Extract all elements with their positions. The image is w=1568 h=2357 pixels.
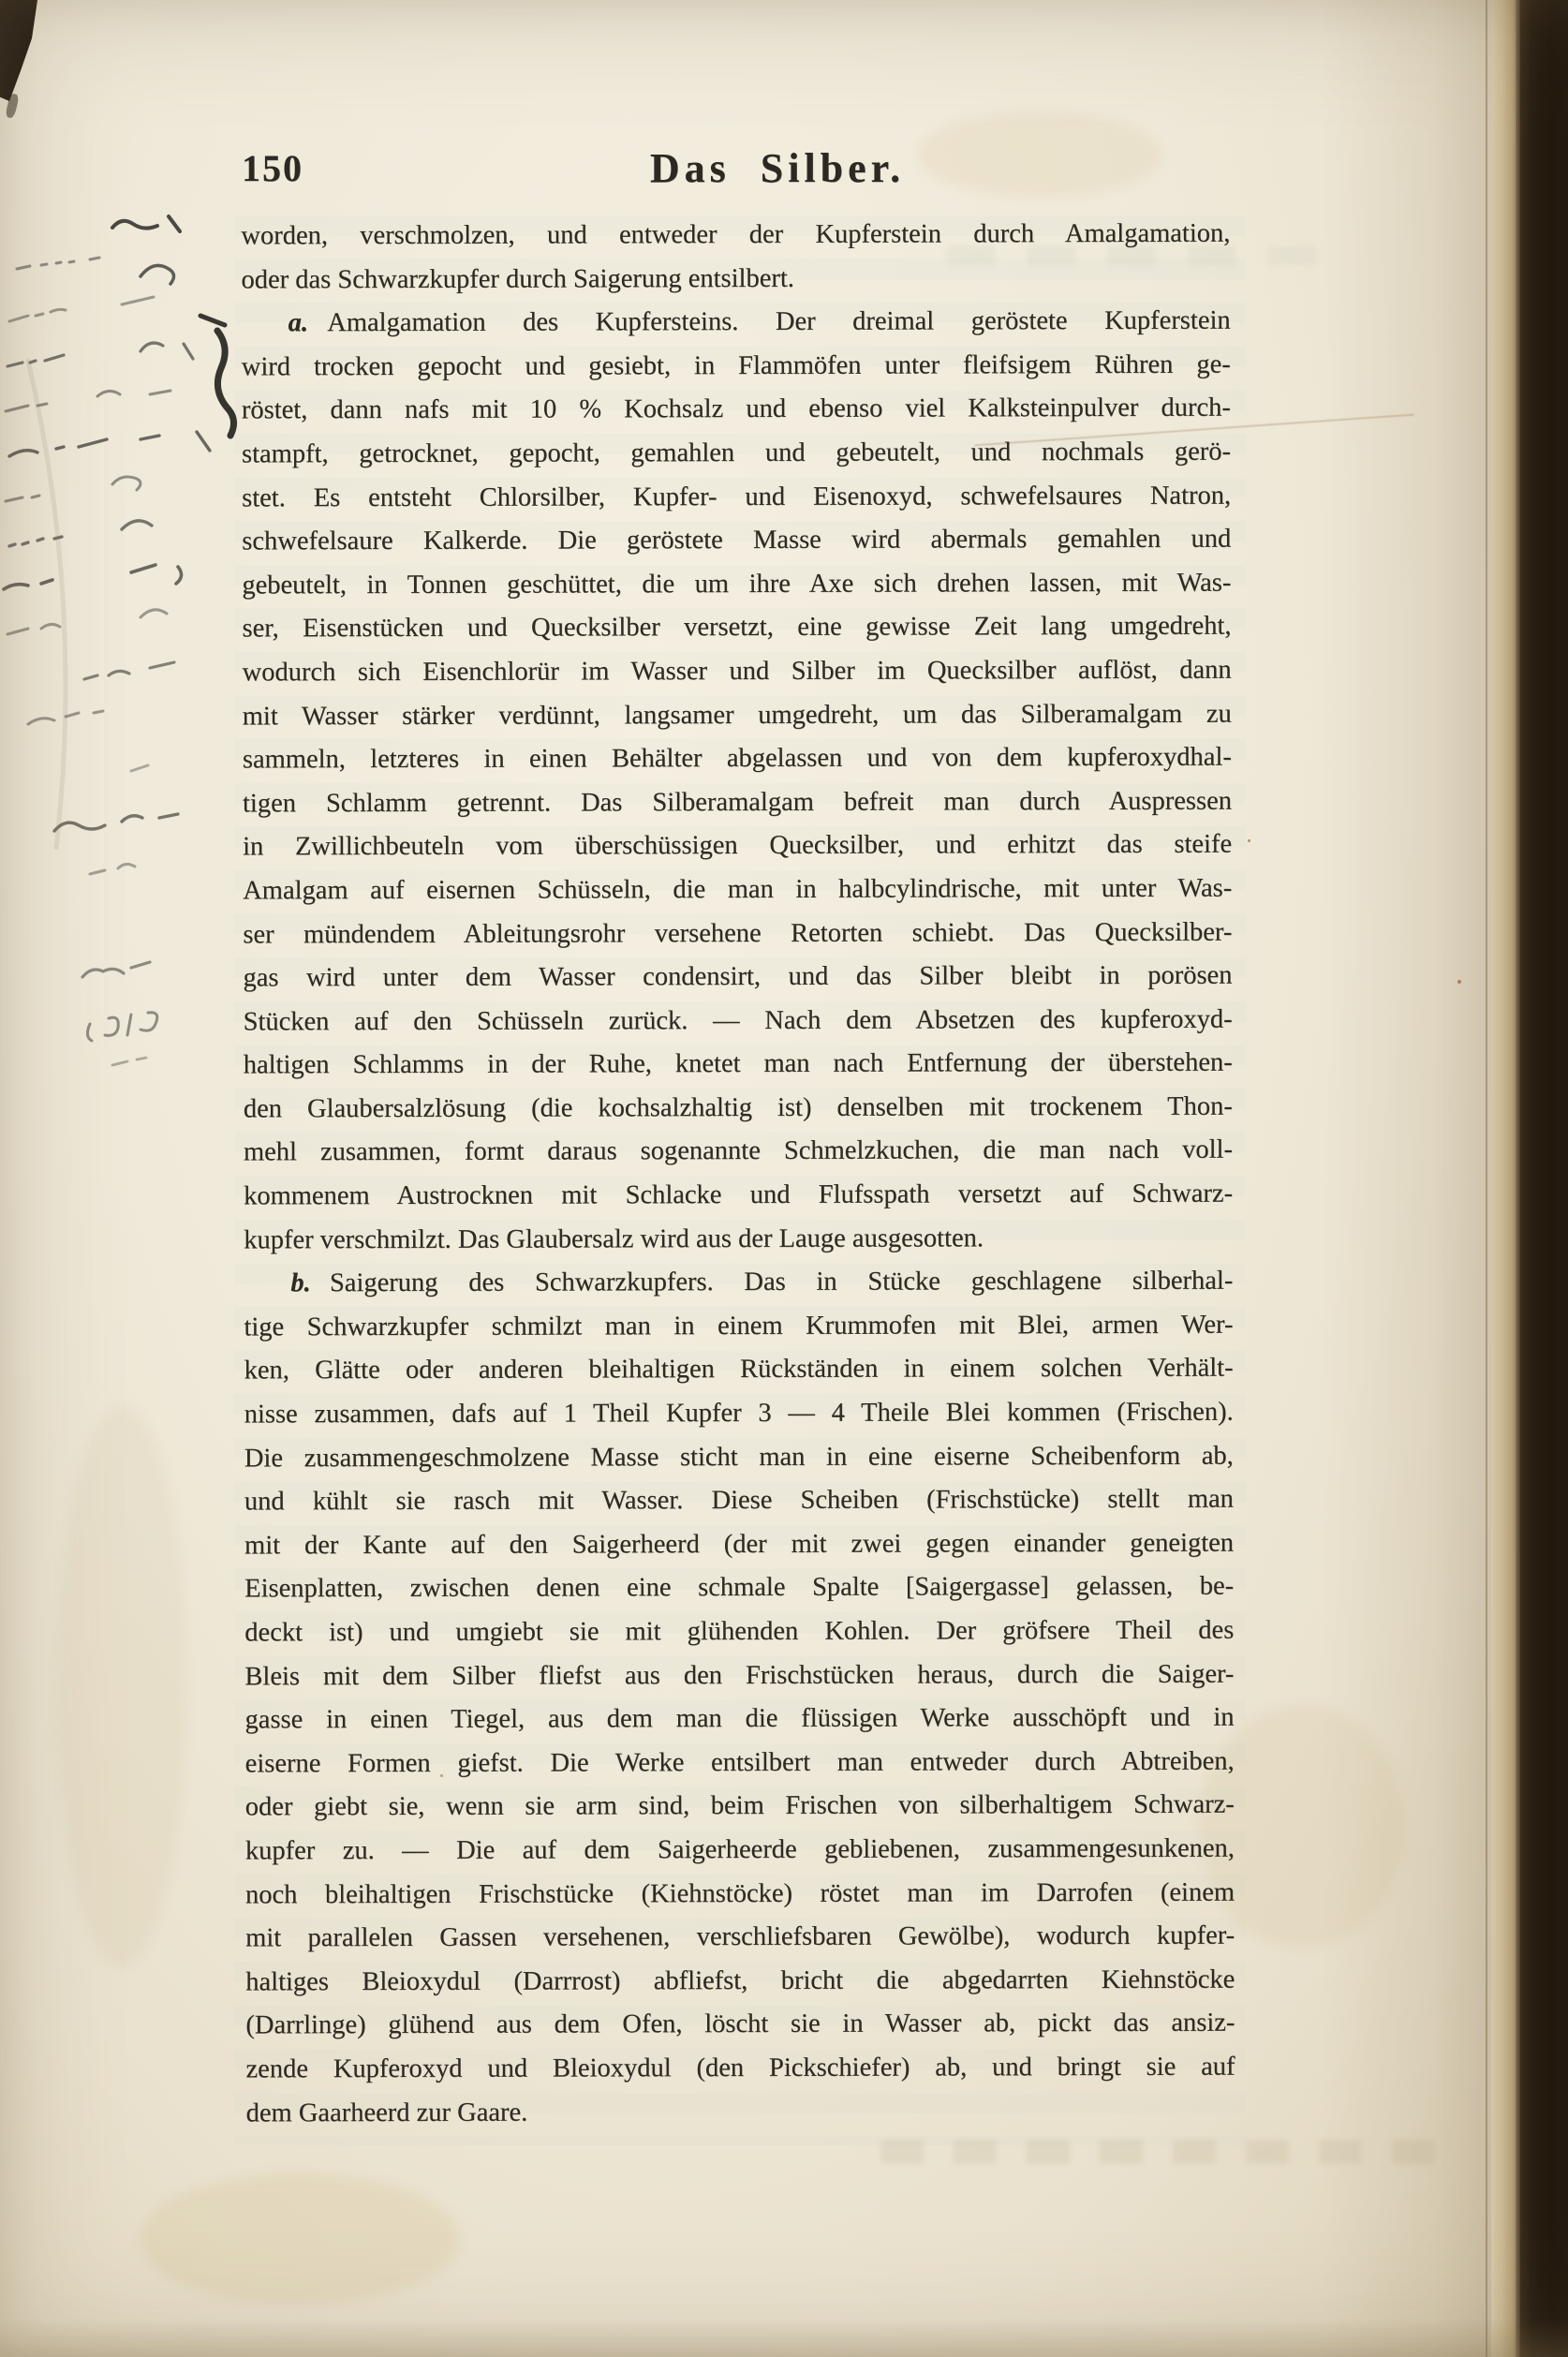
text-line: mit parallelen Gassen versehenen, versch…	[245, 1915, 1235, 1961]
body-text-block: worden, verschmolzen, und entweder der K…	[241, 213, 1235, 2136]
text-line: (Darrlinge) glühend aus dem Ofen, löscht…	[245, 2002, 1235, 2048]
text-line: kommenem Austrocknen mit Schlacke und Fl…	[244, 1173, 1233, 1219]
text-line: kupfer verschmilzt. Das Glaubersalz wird…	[244, 1216, 1233, 1262]
binding-highlight	[1517, 0, 1520, 2357]
page-edge-right	[1491, 0, 1517, 2357]
scanned-book-page: 150 Das Silber. worden, verschmolzen, un…	[0, 0, 1568, 2357]
text-line: ser mündendem Ableitungsrohr versehene R…	[243, 911, 1232, 956]
text-line: b. Saigerung des Schwarzkupfers. Das in …	[244, 1260, 1233, 1306]
text-line: deckt ist) und umgiebt sie mit glühenden…	[244, 1609, 1234, 1655]
section-letter: b.	[290, 1268, 316, 1297]
text-line: wodurch sich Eisenchlorür im Wasser und …	[243, 649, 1232, 695]
text-line: Amalgam auf eisernen Schüsseln, die man …	[243, 867, 1232, 913]
text-line: oder das Schwarzkupfer durch Saigerung e…	[241, 256, 1230, 302]
text-line: Eisenplatten, zwischen denen eine schmal…	[244, 1565, 1234, 1611]
age-spot	[56, 1405, 187, 1967]
text-line: a. Amalgamation des Kupfersteins. Der dr…	[242, 300, 1231, 346]
text-line: gas wird unter dem Wasser condensirt, un…	[243, 955, 1232, 1001]
bottom-edge-shadow	[0, 2320, 1568, 2357]
text-line: ken, Glätte oder anderen bleihaltigen Rü…	[244, 1347, 1233, 1393]
text-line: stet. Es entsteht Chlorsilber, Kupfer- u…	[242, 474, 1231, 520]
text-line: Bleis mit dem Silber fliefst aus den Fri…	[244, 1653, 1234, 1698]
text-line: worden, verschmolzen, und entweder der K…	[241, 213, 1230, 259]
text-line: tige Schwarzkupfer schmilzt man in einem…	[244, 1303, 1233, 1349]
text-line: Stücken auf den Schüsseln zurück. — Nach…	[244, 998, 1233, 1044]
text-line: Die zusammengeschmolzene Masse sticht ma…	[244, 1434, 1234, 1480]
text-line: noch bleihaltigen Frischstücke (Kiehnstö…	[245, 1871, 1235, 1917]
text-line: gasse in einen Tiegel, aus dem man die f…	[244, 1697, 1234, 1742]
section-letter: a.	[288, 308, 314, 337]
page-number: 150	[242, 146, 303, 190]
text-line: haltiges Bleioxydul (Darrrost) abfliefst…	[245, 1958, 1235, 2004]
text-line: nisse zusammen, dafs auf 1 Theil Kupfer …	[244, 1391, 1234, 1437]
ghost-text-band	[880, 2140, 1442, 2164]
text-line: den Glaubersalzlösung (die kochsalzhalti…	[244, 1085, 1233, 1131]
text-line: eiserne Formen giefst. Die Werke entsilb…	[245, 1740, 1235, 1786]
book-page-edges-left	[0, 0, 54, 2357]
text-line: wird trocken gepocht und gesiebt, in Fla…	[242, 343, 1231, 389]
age-spot	[141, 2173, 459, 2305]
text-line: tigen Schlamm getrennt. Das Silberamalga…	[243, 779, 1232, 825]
text-line: in Zwillichbeuteln vom überschüssigen Qu…	[243, 823, 1232, 869]
text-line: und kühlt sie rasch mit Wasser. Diese Sc…	[244, 1478, 1234, 1524]
text-line: oder giebt sie, wenn sie arm sind, beim …	[245, 1784, 1235, 1830]
text-line: stampft, getrocknet, gepocht, gemahlen u…	[242, 431, 1231, 477]
text-line: dem Gaarheerd zur Gaare.	[246, 2089, 1235, 2135]
paper-speck	[1248, 839, 1250, 842]
text-line: kupfer zu. — Die auf dem Saigerheerde ge…	[245, 1828, 1235, 1874]
book-binding	[1516, 0, 1568, 2357]
paper-speck	[1457, 980, 1461, 984]
text-line: haltigen Schlamms in der Ruhe, knetet ma…	[244, 1042, 1233, 1088]
paper-speck	[440, 1774, 443, 1777]
page-crease	[1486, 0, 1487, 2357]
text-line: zende Kupferoxyd und Bleioxydul (den Pic…	[245, 2046, 1235, 2092]
text-line: sammeln, letzteres in einen Behälter abg…	[243, 736, 1232, 782]
text-line: mit Wasser stärker verdünnt, langsamer u…	[243, 692, 1232, 738]
text-line: röstet, dann nafs mit 10 % Kochsalz und …	[242, 387, 1231, 433]
running-title: Das Silber.	[562, 144, 993, 192]
text-line: gebeutelt, in Tonnen geschüttet, die um …	[242, 561, 1231, 607]
text-line: ser, Eisenstücken und Quecksilber verset…	[242, 605, 1231, 651]
text-line: mehl zusammen, formt daraus sogenannte S…	[244, 1129, 1233, 1175]
text-line: schwefelsaure Kalkerde. Die geröstete Ma…	[242, 518, 1231, 564]
text-line: mit der Kante auf den Saigerheerd (der m…	[244, 1521, 1234, 1567]
